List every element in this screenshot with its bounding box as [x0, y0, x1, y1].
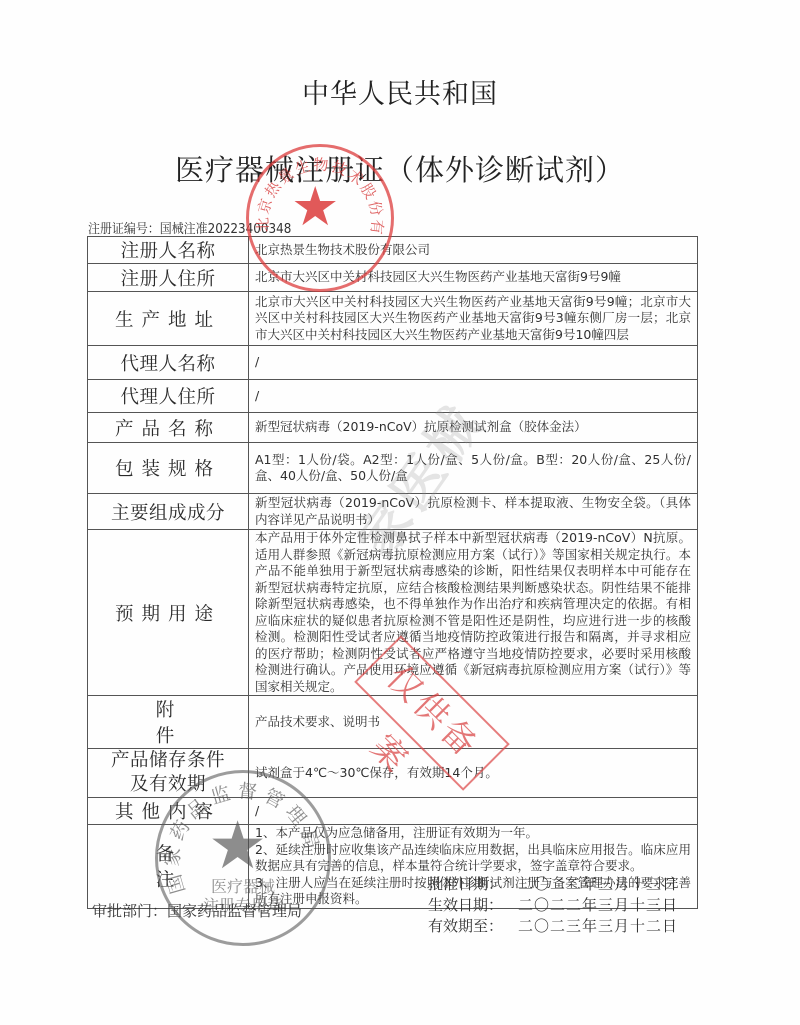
effective-date-value: 二〇二二年三月十三日	[518, 895, 678, 916]
expiry-date-value: 二〇二三年三月十二日	[518, 916, 678, 937]
row-packaging: 包装规格 A1型：1人份/袋。A2型：1人份/盒、5人份/盒。B型：20人份/盒…	[88, 443, 698, 494]
value-packaging: A1型：1人份/袋。A2型：1人份/盒、5人份/盒。B型：20人份/盒、25人份…	[249, 443, 698, 494]
value-product-name: 新型冠状病毒（2019-nCoV）抗原检测试剂盒（胶体金法）	[249, 413, 698, 443]
row-agent-name: 代理人名称 /	[88, 346, 698, 380]
effective-date-label: 生效日期：	[428, 895, 518, 916]
row-registrant-name: 注册人名称 北京热景生物技术股份有限公司	[88, 237, 698, 264]
row-attachments: 附件 产品技术要求、说明书	[88, 696, 698, 749]
label-agent-address: 代理人住所	[88, 380, 249, 413]
label-packaging: 包装规格	[88, 443, 249, 494]
label-registrant-name: 注册人名称	[88, 237, 249, 264]
effective-date-row: 生效日期： 二〇二二年三月十三日	[428, 895, 678, 916]
row-other: 其他内容 /	[88, 798, 698, 825]
approval-department: 审批部门：国家药品监督管理局	[92, 900, 302, 921]
value-agent-name: /	[249, 346, 698, 380]
value-production-address: 北京市大兴区中关村科技园区大兴生物医药产业基地天富街9号9幢；北京市大兴区中关村…	[249, 292, 698, 346]
value-agent-address: /	[249, 380, 698, 413]
value-storage: 试剂盒于4℃～30℃保存，有效期14个月。	[249, 749, 698, 798]
label-intended-use: 预期用途	[88, 530, 249, 696]
row-agent-address: 代理人住所 /	[88, 380, 698, 413]
expiry-date-row: 有效期至： 二〇二三年三月十二日	[428, 916, 678, 937]
label-main-components: 主要组成成分	[88, 494, 249, 530]
label-remarks: 备注	[88, 825, 249, 909]
row-storage: 产品储存条件及有效期 试剂盒于4℃～30℃保存，有效期14个月。	[88, 749, 698, 798]
label-attachments: 附件	[88, 696, 249, 749]
label-production-address: 生产地址	[88, 292, 249, 346]
approval-date-label: 批准日期：	[428, 874, 518, 895]
label-other: 其他内容	[88, 798, 249, 825]
document-country-heading: 中华人民共和国	[0, 72, 800, 111]
label-product-name: 产品名称	[88, 413, 249, 443]
value-other: /	[249, 798, 698, 825]
approval-date-value: 二〇二二年三月十三日	[518, 874, 678, 895]
label-agent-name: 代理人名称	[88, 346, 249, 380]
registration-number: 注册证编号：国械注准20223400348	[88, 218, 291, 237]
label-registrant-address: 注册人住所	[88, 264, 249, 292]
expiry-date-label: 有效期至：	[428, 916, 518, 937]
value-main-components: 新型冠状病毒（2019-nCoV）抗原检测卡、样本提取液、生物安全袋。（具体内容…	[249, 494, 698, 530]
certificate-table: 注册人名称 北京热景生物技术股份有限公司 注册人住所 北京市大兴区中关村科技园区…	[87, 236, 698, 909]
document-title: 医疗器械注册证（体外诊断试剂）	[0, 148, 800, 189]
dates-block: 批准日期： 二〇二二年三月十三日 生效日期： 二〇二二年三月十三日 有效期至： …	[428, 874, 678, 937]
value-attachments: 产品技术要求、说明书	[249, 696, 698, 749]
row-intended-use: 预期用途 本产品用于体外定性检测鼻拭子样本中新型冠状病毒（2019-nCoV）N…	[88, 530, 698, 696]
row-registrant-address: 注册人住所 北京市大兴区中关村科技园区大兴生物医药产业基地天富街9号9幢	[88, 264, 698, 292]
value-registrant-address: 北京市大兴区中关村科技园区大兴生物医药产业基地天富街9号9幢	[249, 264, 698, 292]
row-product-name: 产品名称 新型冠状病毒（2019-nCoV）抗原检测试剂盒（胶体金法）	[88, 413, 698, 443]
row-main-components: 主要组成成分 新型冠状病毒（2019-nCoV）抗原检测卡、样本提取液、生物安全…	[88, 494, 698, 530]
remark-1: 1、本产品仅为应急储备用，注册证有效期为一年。	[255, 825, 691, 842]
row-production-address: 生产地址 北京市大兴区中关村科技园区大兴生物医药产业基地天富街9号9幢；北京市大…	[88, 292, 698, 346]
value-registrant-name: 北京热景生物技术股份有限公司	[249, 237, 698, 264]
label-storage: 产品储存条件及有效期	[88, 749, 249, 798]
value-intended-use: 本产品用于体外定性检测鼻拭子样本中新型冠状病毒（2019-nCoV）N抗原。适用…	[249, 530, 698, 696]
approval-date-row: 批准日期： 二〇二二年三月十三日	[428, 874, 678, 895]
remark-2: 2、延续注册时应收集该产品连续临床应用数据，出具临床应用报告。临床应用数据应具有…	[255, 842, 691, 875]
